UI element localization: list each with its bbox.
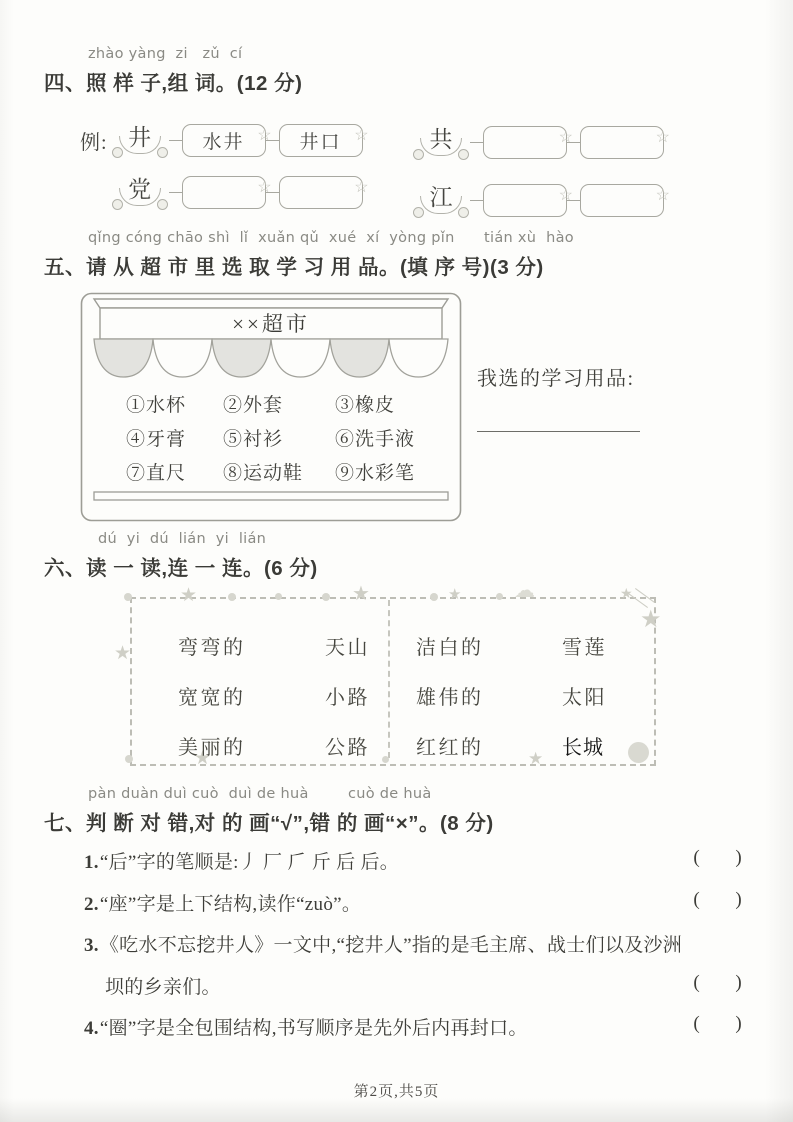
answer-parentheses: ( ) xyxy=(693,889,742,911)
list-item: ②外套 xyxy=(223,390,335,415)
swing-dot xyxy=(413,207,424,218)
match-word: 美丽的 xyxy=(178,731,246,760)
supermarket-illustration: ××超市 ①水杯 ②外套 ③橡皮 ④牙膏 ⑤衬衫 ⑥洗手液 ⑦直尺 ⑧运动鞋 ⑨… xyxy=(80,292,462,522)
star-icon: ☆ xyxy=(656,188,672,204)
section6-pinyin: dú yi dú lián yi lián xyxy=(98,531,266,547)
match-word: 天山 xyxy=(325,631,370,660)
list-item: ⑤衬衫 xyxy=(223,424,335,449)
match-word: 长城 xyxy=(562,731,607,760)
match-word: 弯弯的 xyxy=(178,631,246,660)
page-edge-shading xyxy=(0,1098,793,1122)
section6-title: 六、读 一 读,连 一 连。(6 分) xyxy=(44,551,318,581)
match-word: 洁白的 xyxy=(416,631,484,660)
connector-line xyxy=(470,200,483,201)
dot-decoration xyxy=(322,593,330,601)
dot-decoration xyxy=(228,593,236,601)
statement-row-continuation: 坝的乡亲们。 ( ) xyxy=(84,972,742,999)
section7-title: 七、判 断 对 错,对 的 画“√”,错 的 画“×”。(8 分) xyxy=(44,806,494,836)
match-word: 小路 xyxy=(325,681,370,710)
statement-row: 4.“圈”字是全包围结构,书写顺序是先外后内再封口。 ( ) xyxy=(84,1013,742,1040)
dot-decoration xyxy=(496,593,503,600)
star-icon: ☆ xyxy=(559,130,575,146)
answer-prompt: 我选的学习用品: xyxy=(477,362,635,391)
cloud-icon: ☁ xyxy=(514,580,535,601)
dot-decoration xyxy=(124,593,132,601)
test-paper-page: zhào yàng zi zǔ cí 四、照 样 子,组 词。(12 分) 例:… xyxy=(0,0,793,1122)
section4-title: 四、照 样 子,组 词。(12 分) xyxy=(44,66,302,96)
swing-dot xyxy=(112,199,123,210)
answer-parentheses: ( ) xyxy=(693,972,742,994)
list-item: ⑨水彩笔 xyxy=(335,458,465,483)
match-word: 宽宽的 xyxy=(178,681,246,710)
statement-row: 1.“后”字的笔顺是:丿 厂 𠂆 斤 后 后。 ( ) xyxy=(84,847,742,874)
answer-parentheses: ( ) xyxy=(693,1013,742,1035)
page-edge-shading xyxy=(765,0,793,1122)
page-edge-shading xyxy=(0,0,14,1122)
swing-dot xyxy=(112,147,123,158)
dot-decoration-large xyxy=(628,742,649,763)
word-box: 水井 ☆ xyxy=(182,124,266,157)
star-icon: ☆ xyxy=(559,188,575,204)
statement-text: 1.“后”字的笔顺是:丿 厂 𠂆 斤 后 后。 xyxy=(84,847,399,874)
statement-number: 4. xyxy=(84,1018,99,1039)
star-icon: ☆ xyxy=(656,130,672,146)
word-group: 共 ☆ ☆ xyxy=(412,120,664,164)
answer-box-blank: ☆ xyxy=(182,176,266,209)
answer-box-blank: ☆ xyxy=(483,126,567,159)
answer-box-blank: ☆ xyxy=(580,126,664,159)
swing-dot xyxy=(458,207,469,218)
character-swing: 党 xyxy=(111,170,169,214)
match-word: 公路 xyxy=(325,731,370,760)
statement-number: 3. xyxy=(84,935,99,956)
answer-blank-line xyxy=(477,431,640,432)
swing-dot xyxy=(157,147,168,158)
word-box-text: 井口 xyxy=(300,127,342,154)
statement-row: 3.《吃水不忘挖井人》一文中,“挖井人”指的是毛主席、战士们以及沙洲 xyxy=(84,930,742,957)
star-icon: ☆ xyxy=(257,128,273,144)
statement-text: 3.《吃水不忘挖井人》一文中,“挖井人”指的是毛主席、战士们以及沙洲 xyxy=(84,930,682,957)
word-group-example: 例: 井 水井 ☆ 井口 ☆ xyxy=(80,118,363,162)
list-item: ④牙膏 xyxy=(126,424,223,449)
statement-text: 4.“圈”字是全包围结构,书写顺序是先外后内再封口。 xyxy=(84,1013,528,1040)
star-icon: ☆ xyxy=(257,180,273,196)
match-word: 红红的 xyxy=(416,731,484,760)
star-icon: ★ xyxy=(352,584,370,604)
match-word: 太阳 xyxy=(562,681,607,710)
list-item: ⑦直尺 xyxy=(126,458,223,483)
list-item: ⑧运动鞋 xyxy=(223,458,335,483)
dot-decoration xyxy=(430,593,438,601)
answer-box-blank: ☆ xyxy=(580,184,664,217)
statement-number: 1. xyxy=(84,852,99,873)
list-item: ①水杯 xyxy=(126,390,223,415)
star-icon: ★ xyxy=(528,750,543,767)
character-swing: 共 xyxy=(412,120,470,164)
word-box: 井口 ☆ xyxy=(279,124,363,157)
swing-dot xyxy=(458,149,469,160)
word-box-text: 水井 xyxy=(203,127,245,154)
school-supplies-list: ①水杯 ②外套 ③橡皮 ④牙膏 ⑤衬衫 ⑥洗手液 ⑦直尺 ⑧运动鞋 ⑨水彩笔 xyxy=(126,390,465,483)
swing-dot xyxy=(157,199,168,210)
dot-decoration xyxy=(382,756,389,763)
match-column-nouns-left: 天山 小路 公路 xyxy=(325,631,370,760)
answer-box-blank: ☆ xyxy=(279,176,363,209)
star-icon: ★ xyxy=(180,586,197,605)
word-group: 例: 党 ☆ ☆ xyxy=(80,170,363,214)
character-swing: 江 xyxy=(412,178,470,222)
match-column-adjectives-left: 弯弯的 宽宽的 美丽的 xyxy=(178,631,246,760)
dot-decoration xyxy=(275,593,282,600)
section7-pinyin: pàn duàn duì cuò duì de huà cuò de huà xyxy=(88,786,432,802)
match-word: 雪莲 xyxy=(562,631,607,660)
character-swing: 井 xyxy=(111,118,169,162)
match-word: 雄伟的 xyxy=(416,681,484,710)
statement-text: 坝的乡亲们。 xyxy=(84,972,221,999)
matching-box-divider xyxy=(388,600,390,758)
section5-pinyin: qǐng cóng chāo shì lǐ xuǎn qǔ xué xí yòn… xyxy=(88,230,574,246)
section5-title: 五、请 从 超 市 里 选 取 学 习 用 品。(填 序 号)(3 分) xyxy=(44,250,544,280)
answer-box-blank: ☆ xyxy=(483,184,567,217)
statement-row: 2.“座”字是上下结构,读作“zuò”。 ( ) xyxy=(84,889,742,916)
connector-line xyxy=(470,142,483,143)
statement-text: 2.“座”字是上下结构,读作“zuò”。 xyxy=(84,889,361,916)
dot-decoration xyxy=(125,755,133,763)
connector-line xyxy=(169,140,182,141)
list-item: ③橡皮 xyxy=(335,390,465,415)
list-item: ⑥洗手液 xyxy=(335,424,465,449)
match-column-adjectives-right: 洁白的 雄伟的 红红的 xyxy=(416,631,484,760)
star-icon: ☆ xyxy=(354,128,370,144)
star-icon: ★ xyxy=(448,588,461,603)
match-column-nouns-right: 雪莲 太阳 长城 xyxy=(562,631,607,760)
shooting-star-icon: ★ xyxy=(640,608,662,632)
store-sign: ××超市 xyxy=(100,307,442,338)
connector-line xyxy=(169,192,182,193)
star-icon: ★ xyxy=(114,644,131,663)
statement-number: 2. xyxy=(84,894,99,915)
section4-pinyin: zhào yàng zi zǔ cí xyxy=(88,46,242,62)
star-icon: ☆ xyxy=(354,180,370,196)
swing-dot xyxy=(413,149,424,160)
example-label: 例: xyxy=(80,126,108,155)
word-group: 江 ☆ ☆ xyxy=(412,178,664,222)
page-indicator: 第2页,共5页 xyxy=(0,1080,793,1101)
answer-parentheses: ( ) xyxy=(693,847,742,869)
